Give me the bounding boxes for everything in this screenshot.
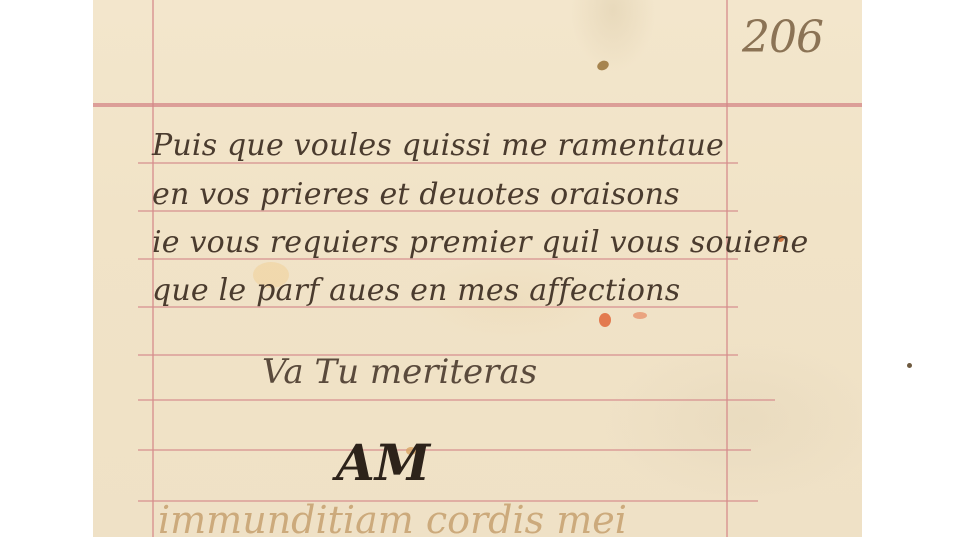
ruling-line (138, 449, 751, 451)
manuscript-page (93, 0, 862, 537)
top-rule (93, 103, 862, 107)
ink-spot (596, 59, 611, 72)
right-margin-rule (726, 0, 728, 537)
bleed-through-text: immunditiam cordis mei (158, 498, 627, 537)
ink-spot (907, 363, 912, 368)
red-stain (633, 312, 647, 319)
red-stain (599, 313, 611, 327)
verse-line-3: ie vous requiers premier quil vous souie… (152, 225, 808, 260)
verse-line-4: que le parf aues en mes affections (152, 273, 680, 308)
ruling-line (138, 399, 775, 401)
motto: Va Tu meriteras (262, 352, 537, 392)
verse-line-1: Puis que voules quissi me ramentaue (152, 128, 724, 163)
folio-number: 206 (742, 12, 823, 63)
verse-line-2: en vos prieres et deuotes oraisons (152, 177, 680, 212)
monogram-am: AM (336, 438, 430, 488)
left-margin-rule (152, 0, 154, 537)
